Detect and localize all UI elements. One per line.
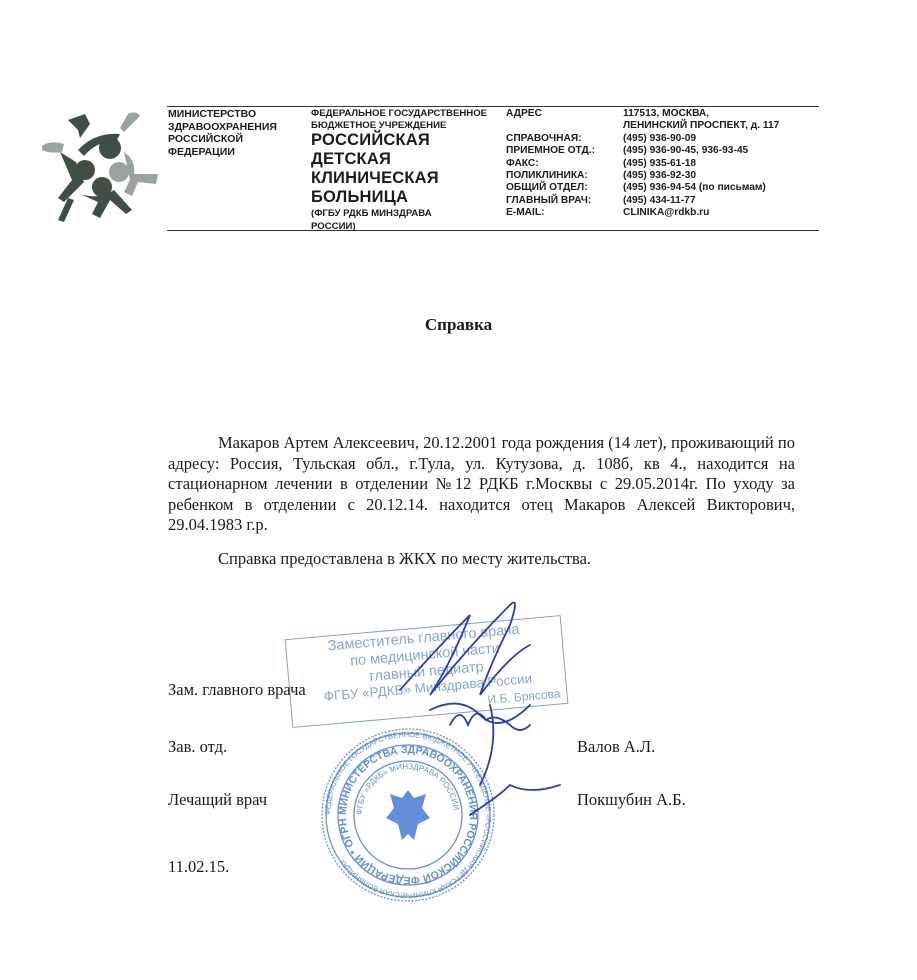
ministry-line: ФЕДЕРАЦИИ — [168, 146, 277, 159]
hospital-logo — [40, 110, 160, 225]
institution-type-line: БЮДЖЕТНОЕ УЧРЕЖДЕНИЕ — [311, 120, 487, 132]
signature-name: Валов А.Л. — [577, 737, 655, 757]
contact-label: АДРЕС — [506, 108, 595, 120]
contact-value: (495) 936-92-30 — [623, 170, 779, 182]
email-link[interactable]: CLINIKA@rdkb.ru — [623, 207, 779, 219]
contact-value: (495) 935-61-18 — [623, 158, 779, 170]
contact-value: ЛЕНИНСКИЙ ПРОСПЕКТ, д. 117 — [623, 120, 779, 132]
signature-role: Лечащий врач — [168, 790, 267, 810]
document-title: Справка — [0, 315, 917, 335]
contact-value: 117513, МОСКВА, — [623, 108, 779, 120]
contact-values: 117513, МОСКВА, ЛЕНИНСКИЙ ПРОСПЕКТ, д. 1… — [623, 108, 779, 220]
coat-of-arms-icon — [386, 790, 430, 840]
rectangular-stamp: Заместитель главного врача по медицинско… — [285, 615, 569, 728]
contact-label: ПРИЕМНОЕ ОТД.: — [506, 145, 595, 157]
contact-label: ПОЛИКЛИНИКА: — [506, 170, 595, 182]
document-note: Справка предоставлена в ЖКХ по месту жит… — [218, 549, 591, 569]
institution-block: ФЕДЕРАЛЬНОЕ ГОСУДАРСТВЕННОЕ БЮДЖЕТНОЕ УЧ… — [311, 108, 487, 233]
signature-name: Покшубин А.Б. — [577, 790, 686, 810]
document-date: 11.02.15. — [168, 857, 229, 877]
header-top-rule — [167, 106, 819, 107]
contact-value: (495) 434-11-77 — [623, 195, 779, 207]
contact-label: СПРАВОЧНАЯ: — [506, 133, 595, 145]
institution-name-line: БОЛЬНИЦА — [311, 188, 487, 207]
institution-type-line: ФЕДЕРАЛЬНОЕ ГОСУДАРСТВЕННОЕ — [311, 108, 487, 120]
header-bottom-rule — [167, 230, 819, 231]
contact-value: (495) 936-90-09 — [623, 133, 779, 145]
contact-label — [506, 120, 595, 132]
ministry-line: РОССИЙСКОЙ — [168, 133, 277, 146]
document-body: Макаров Артем Алексеевич, 20.12.2001 год… — [168, 433, 795, 536]
body-paragraph: Макаров Артем Алексеевич, 20.12.2001 год… — [168, 433, 795, 536]
institution-name-line: ДЕТСКАЯ — [311, 150, 487, 169]
ministry-block: МИНИСТЕРСТВО ЗДРАВООХРАНЕНИЯ РОССИЙСКОЙ … — [168, 108, 277, 158]
institution-abbr-line: (ФГБУ РДКБ МИНЗДРАВА — [311, 208, 487, 220]
contact-label: E-MAIL: — [506, 207, 595, 219]
ministry-line: ЗДРАВООХРАНЕНИЯ — [168, 121, 277, 134]
contact-value: (495) 936-90-45, 936-93-45 — [623, 145, 779, 157]
contact-value: (495) 936-94-54 (по письмам) — [623, 182, 779, 194]
signature-role: Зам. главного врача — [168, 680, 306, 700]
signature-role: Зав. отд. — [168, 737, 227, 757]
ministry-line: МИНИСТЕРСТВО — [168, 108, 277, 121]
stamp-line: И.Б. Брясова — [487, 686, 561, 706]
contact-label: ФАКС: — [506, 158, 595, 170]
institution-name-line: РОССИЙСКАЯ — [311, 131, 487, 150]
contact-labels: АДРЕС СПРАВОЧНАЯ: ПРИЕМНОЕ ОТД.: ФАКС: П… — [506, 108, 595, 220]
round-seal: ФЕДЕРАЛЬНОЕ ГОСУДАРСТВЕННОЕ БЮДЖЕТНОЕ УЧ… — [318, 728, 498, 903]
contact-label: ГЛАВНЫЙ ВРАЧ: — [506, 195, 595, 207]
institution-abbr-line: РОССИИ) — [311, 221, 487, 233]
institution-name-line: КЛИНИЧЕСКАЯ — [311, 169, 487, 188]
contact-label: ОБЩИЙ ОТДЕЛ: — [506, 182, 595, 194]
